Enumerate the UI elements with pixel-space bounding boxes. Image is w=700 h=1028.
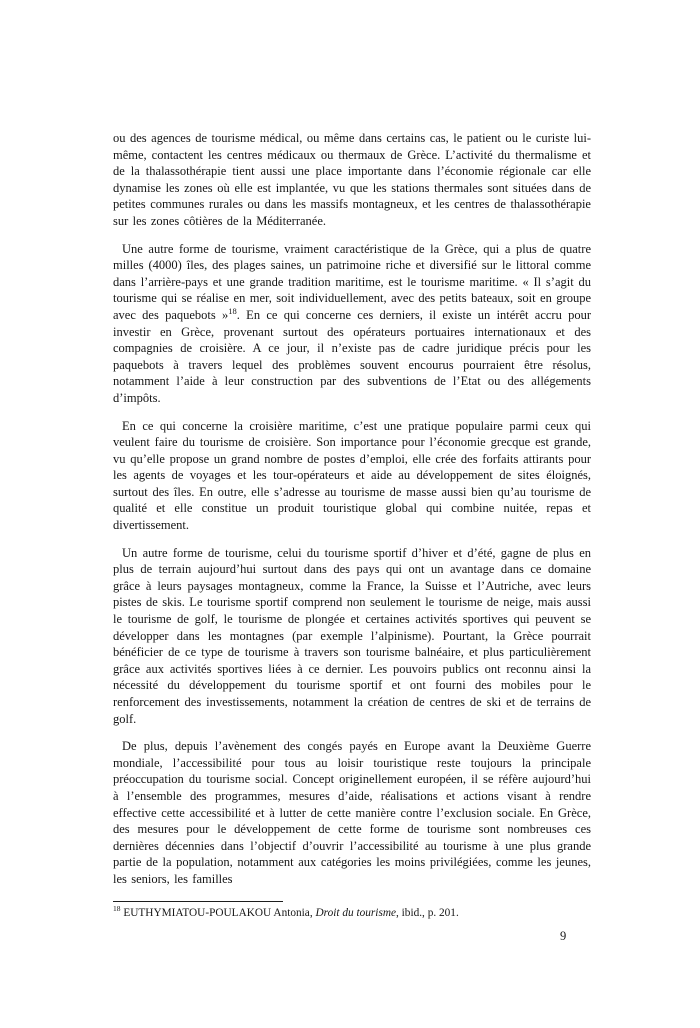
footnote-number: 18 <box>113 904 121 913</box>
footnote-author: EUTHYMIATOU-POULAKOU Antonia, <box>121 907 316 919</box>
text-block: ou des agences de tourisme médical, ou m… <box>113 130 591 920</box>
paragraph-tourisme-social: De plus, depuis l’avènement des congés p… <box>113 738 591 887</box>
paragraph-tourisme-maritime: Une autre forme de tourisme, vraiment ca… <box>113 241 591 407</box>
page-number: 9 <box>560 929 566 944</box>
footnote-reference-18: 18 <box>228 306 237 316</box>
paragraph-croisiere: En ce qui concerne la croisière maritime… <box>113 418 591 534</box>
footnote-separator-rule <box>113 901 283 902</box>
footnote-area: 18 EUTHYMIATOU-POULAKOU Antonia, Droit d… <box>113 901 591 920</box>
footnote-work-title: Droit du tourisme <box>315 907 396 919</box>
paragraph-thermalisme: ou des agences de tourisme médical, ou m… <box>113 130 591 230</box>
paragraph-tourisme-sportif: Un autre forme de tourisme, celui du tou… <box>113 545 591 728</box>
paragraph-text-after-ref: . En ce qui concerne ces derniers, il ex… <box>113 308 591 405</box>
document-page: ou des agences de tourisme médical, ou m… <box>0 0 700 1028</box>
footnote-reference-detail: , ibid., p. 201. <box>396 907 459 919</box>
footnote-18: 18 EUTHYMIATOU-POULAKOU Antonia, Droit d… <box>113 906 591 920</box>
